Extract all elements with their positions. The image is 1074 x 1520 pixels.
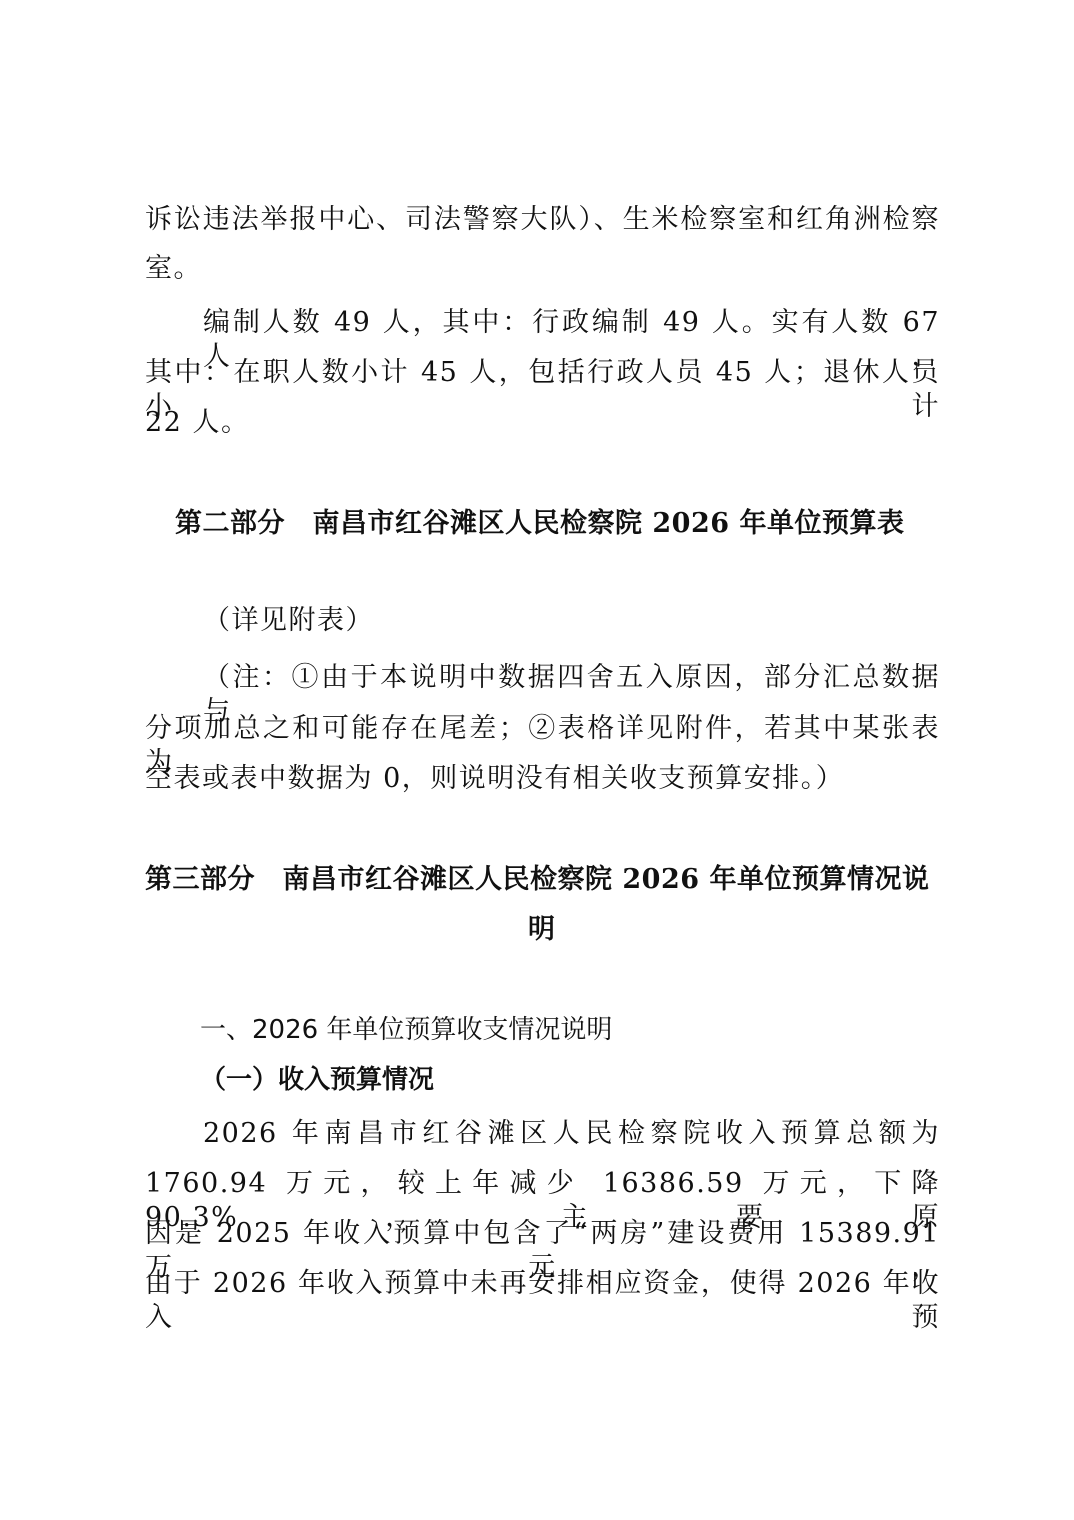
part3-heading-continued: 明 <box>528 912 556 948</box>
staffing-paragraph-line: 22 人。 <box>145 406 940 440</box>
income-paragraph-line: 由于 2026 年收入预算中未再安排相应资金，使得 2026 年收入预 <box>145 1267 940 1335</box>
subsection-title: （一）收入预算情况 <box>200 1063 434 1097</box>
paragraph-line: 室。 <box>145 252 940 286</box>
part2-heading: 第二部分 南昌市红谷滩区人民检察院 2026 年单位预算表 <box>175 506 904 542</box>
part3-heading: 第三部分 南昌市红谷滩区人民检察院 2026 年单位预算情况说 <box>145 862 929 898</box>
note-line: 空表或表中数据为 0，则说明没有相关收支预算安排。） <box>145 762 940 796</box>
see-attached-note: （详见附表） <box>203 604 998 638</box>
income-paragraph-line: 2026 年南昌市红谷滩区人民检察院收入预算总额为 <box>203 1117 940 1151</box>
section-title: 一、2026 年单位预算收支情况说明 <box>200 1013 612 1047</box>
paragraph-line: 诉讼违法举报中心、司法警察大队）、生米检察室和红角洲检察 <box>145 203 940 237</box>
